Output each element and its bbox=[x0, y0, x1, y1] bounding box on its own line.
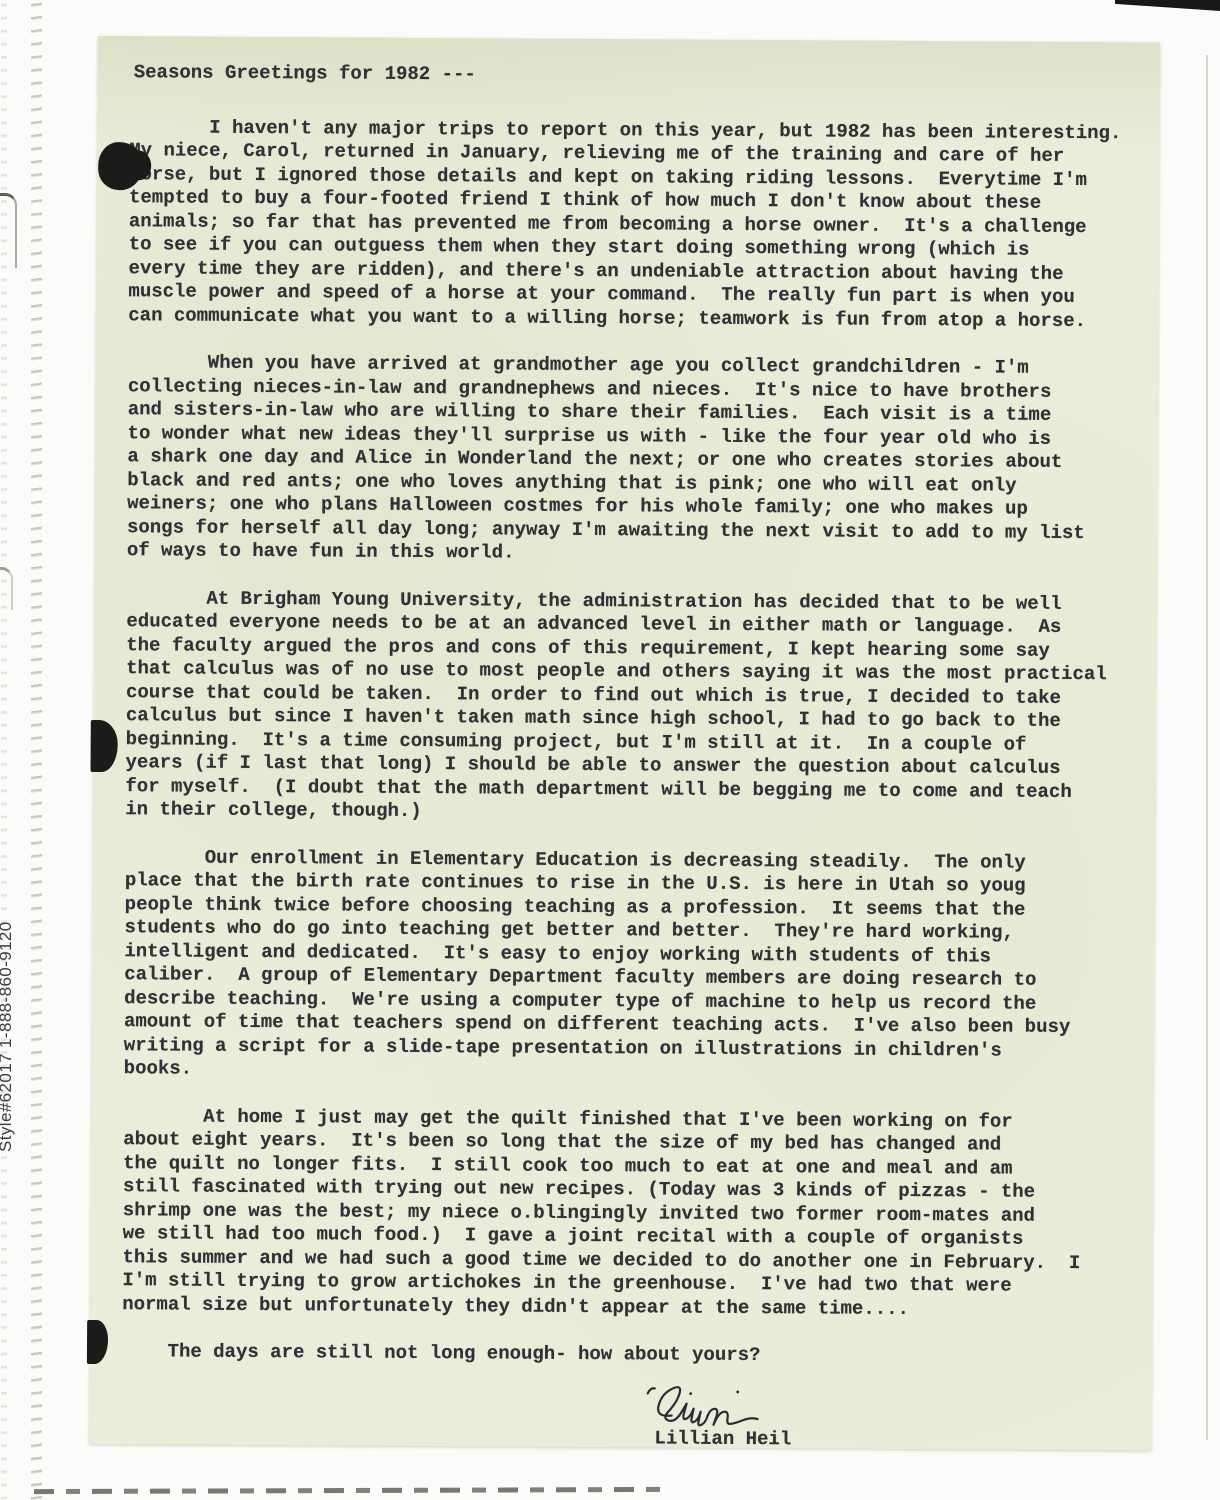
handwritten-signature-icon bbox=[642, 1381, 812, 1430]
ink-blob-bottom bbox=[87, 1320, 108, 1364]
paragraph-horses: I haven't any major trips to report on t… bbox=[128, 116, 1144, 334]
paragraph-grandchildren: When you have arrived at grandmother age… bbox=[127, 351, 1143, 569]
scan-artifact-top-right bbox=[1115, 0, 1220, 11]
typed-signature: Lillian Heil bbox=[654, 1427, 791, 1451]
notebook-style-label: Style#62017 1-888-860-9120 bbox=[0, 902, 16, 1152]
signature-block: Lillian Heil bbox=[121, 1362, 1137, 1478]
letter-title: Seasons Greetings for 1982 --- bbox=[134, 61, 1145, 91]
paragraph-byu-calculus: At Brigham Young University, the adminis… bbox=[125, 587, 1141, 828]
binding-perforation-strip bbox=[31, 0, 42, 1500]
paragraph-home-quilt: At home I just may get the quilt finishe… bbox=[122, 1105, 1138, 1323]
letter-paper: Seasons Greetings for 1982 --- I haven't… bbox=[89, 36, 1160, 1450]
scan-corner-artifact-lower bbox=[0, 567, 13, 610]
paragraph-elementary-education: Our enrollment in Elementary Education i… bbox=[124, 846, 1140, 1087]
letter-body: Seasons Greetings for 1982 --- I haven't… bbox=[121, 61, 1145, 1478]
scan-artifact-right-edge-line bbox=[1206, 55, 1208, 1440]
scan-corner-artifact-upper bbox=[0, 193, 17, 268]
scanned-letter-page: Style#62017 1-888-860-9120 Seasons Greet… bbox=[0, 0, 1220, 1500]
scan-artifact-bottom-dashes bbox=[34, 1487, 664, 1494]
ink-blob-middle bbox=[91, 720, 118, 772]
